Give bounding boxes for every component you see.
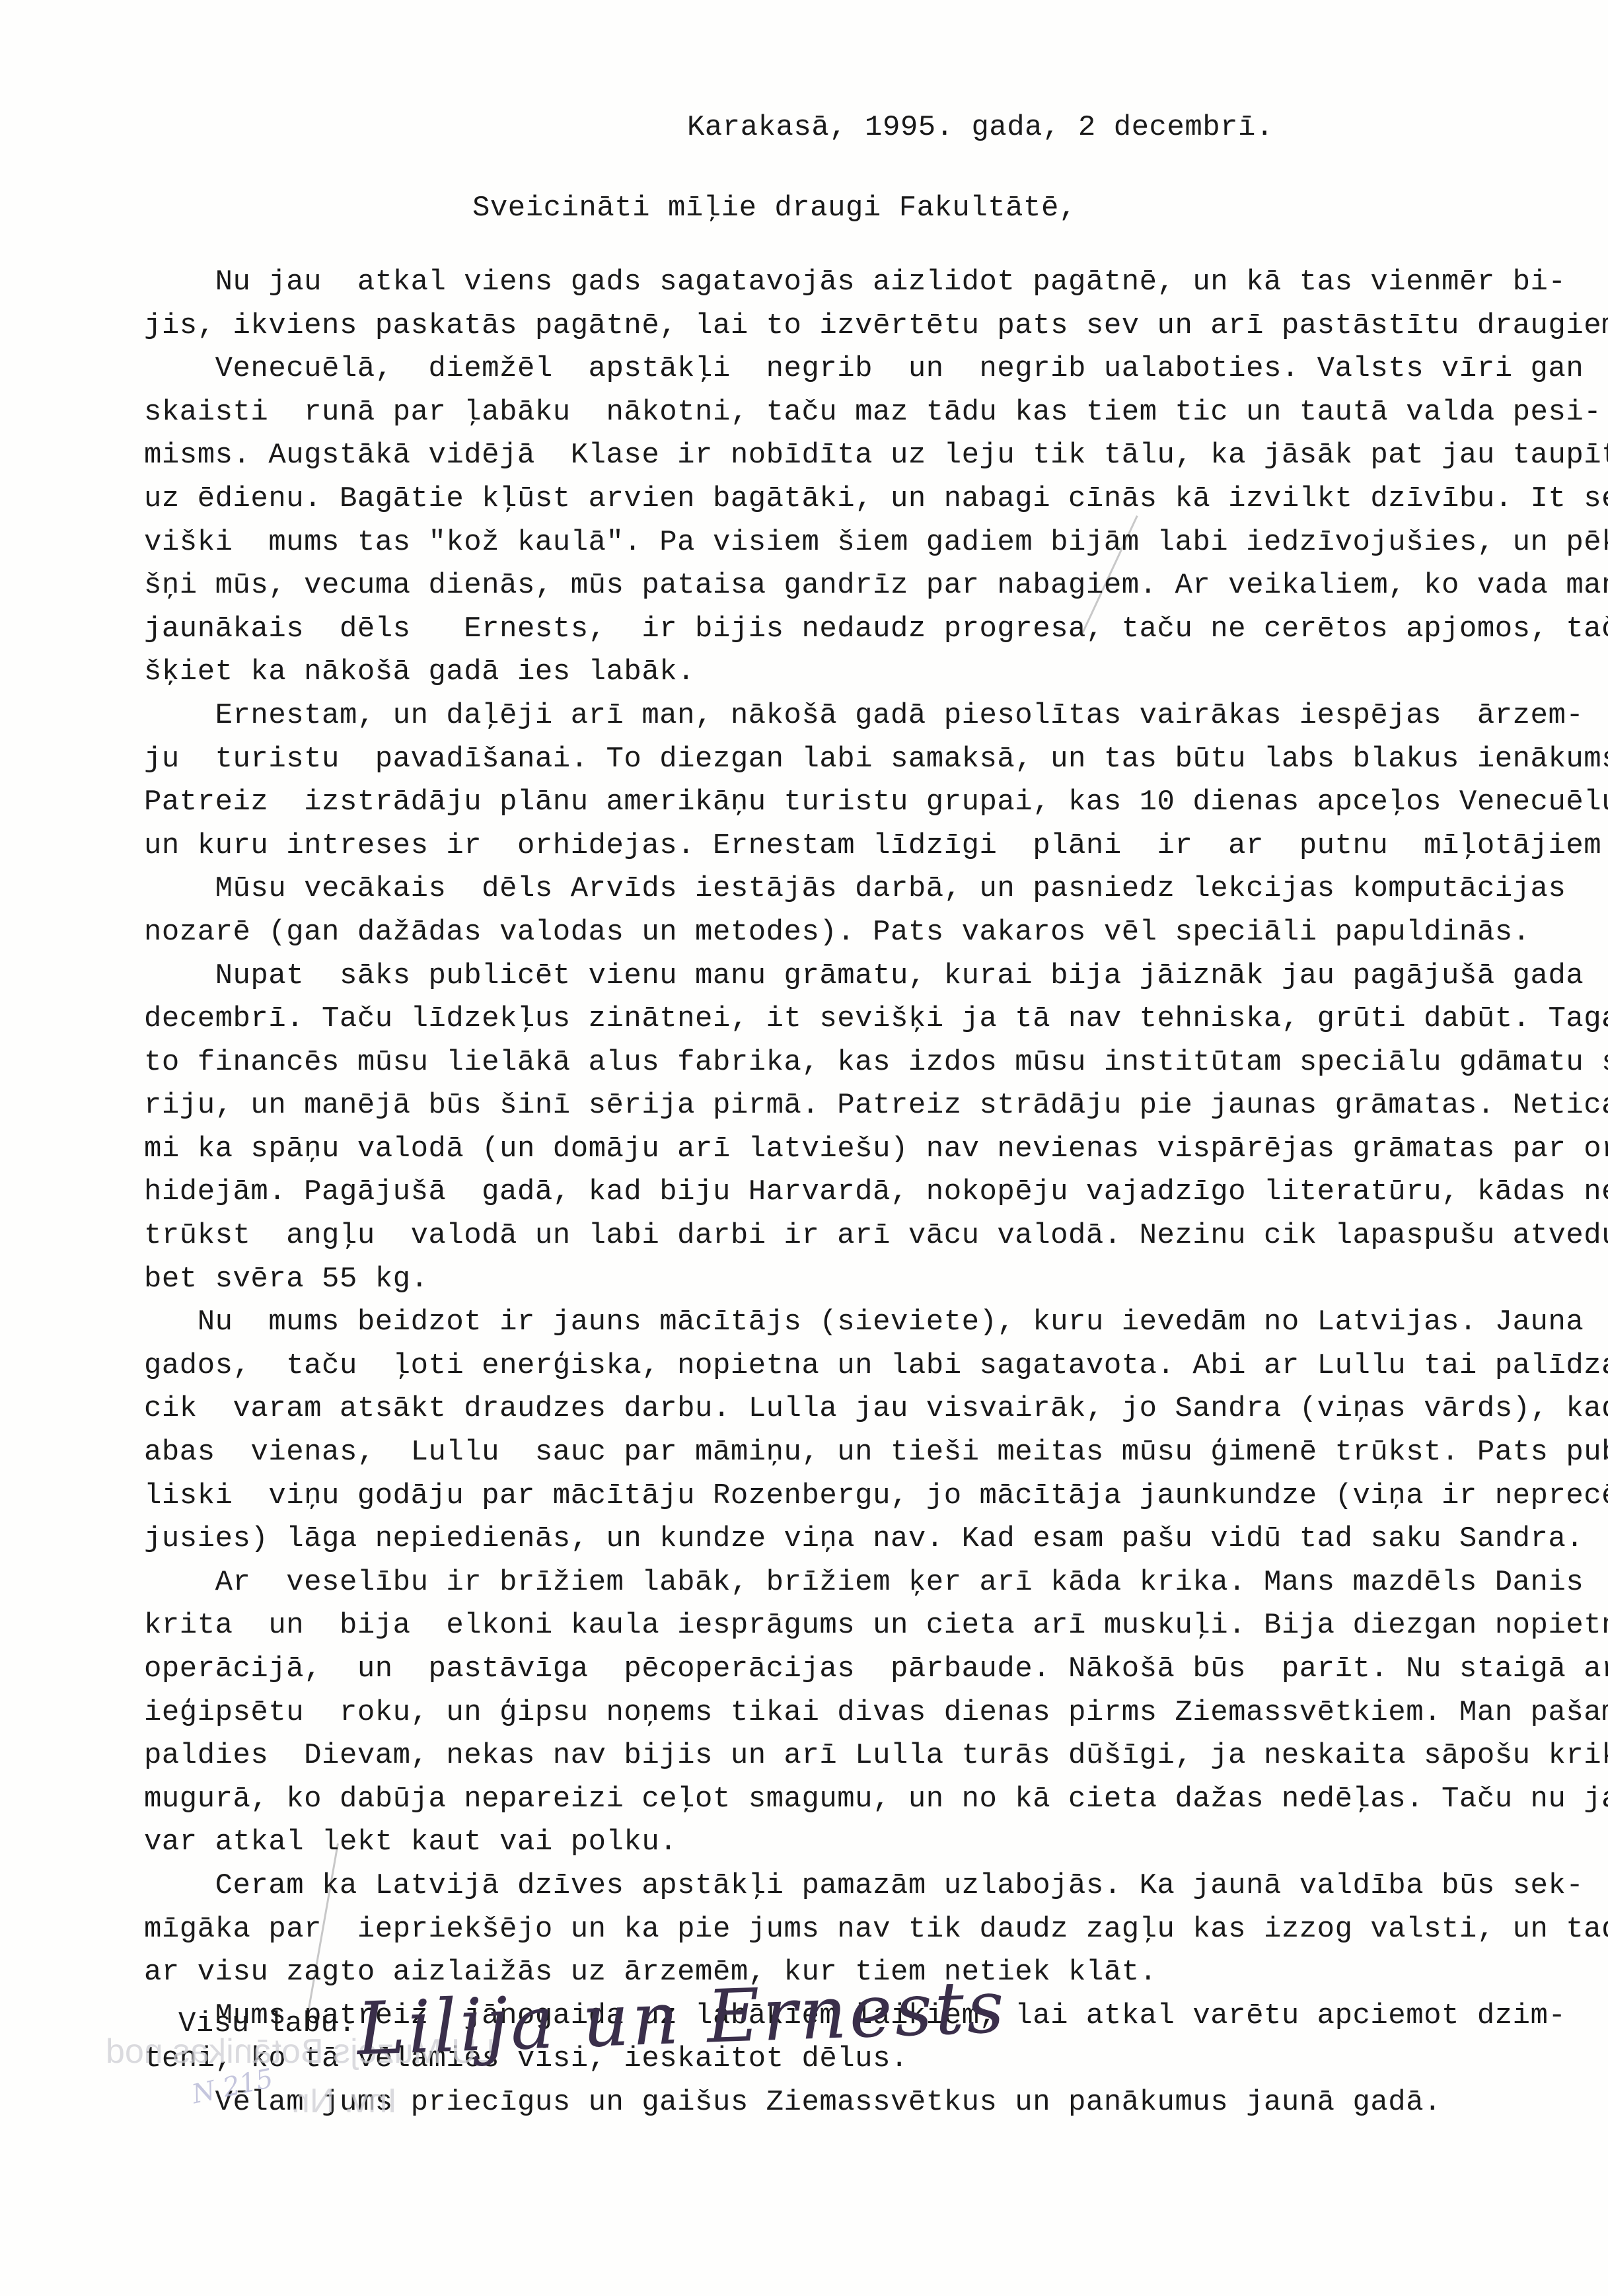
body-line: Venecuēlā, diemžēl apstākļi negrib un ne… — [144, 348, 1492, 391]
body-line: hidejām. Pagājušā gadā, kad biju Harvard… — [144, 1171, 1492, 1214]
body-line: ju turistu pavadīšanai. To diezgan labi … — [144, 738, 1492, 782]
body-line: Ceram ka Latvijā dzīves apstākļi pamazām… — [144, 1865, 1492, 1908]
body-line: misms. Augstākā vidējā Klase ir nobīdīta… — [144, 434, 1492, 478]
body-line: ieģipsētu roku, un ģipsu noņems tikai di… — [144, 1691, 1492, 1735]
body-line: Mūsu vecākais dēls Arvīds iestājās darbā… — [144, 868, 1492, 911]
body-line: jis, ikviens paskatās pagātnē, lai to iz… — [144, 305, 1492, 348]
body-line: krita un bija elkoni kaula iesprāgums un… — [144, 1604, 1492, 1648]
body-line: paldies Dievam, nekas nav bijis un arī L… — [144, 1734, 1492, 1778]
inventory-label: Inv. Nr. — [291, 2081, 397, 2121]
body-line: mīgāka par iepriekšējo un ka pie jums na… — [144, 1908, 1492, 1952]
body-line: nozarē (gan dažādas valodas un metodes).… — [144, 911, 1492, 955]
body-line: skaisti runā par ļabāku nākotni, taču ma… — [144, 391, 1492, 435]
body-line: bet svēra 55 kg. — [144, 1258, 1492, 1302]
body-line: to financēs mūsu lielākā alus fabrika, k… — [144, 1041, 1492, 1085]
body-line: decembrī. Taču līdzekļus zinātnei, it se… — [144, 998, 1492, 1041]
body-line: Ernestam, un daļēji arī man, nākošā gadā… — [144, 694, 1492, 738]
body-line: Ar veselību ir brīžiem labāk, brīžiem ķe… — [144, 1561, 1492, 1605]
body-line: mugurā, ko dabūja nepareizi ceļot smagum… — [144, 1778, 1492, 1822]
body-line: jaunākais dēls Ernests, ir bijis nedaudz… — [144, 608, 1492, 651]
date-line: Karakasā, 1995. gada, 2 decembrī. — [687, 111, 1274, 144]
greeting: Sveicināti mīļie draugi Fakultātē, — [472, 192, 1077, 225]
body-line: jusies) lāga nepiedienās, un kundze viņa… — [144, 1518, 1492, 1561]
closing: Visu labu. — [178, 2007, 356, 2040]
body-line: šņi mūs, vecuma dienās, mūs pataisa gand… — [144, 564, 1492, 608]
body-line: Nu jau atkal viens gads sagatavojās aizl… — [144, 261, 1492, 305]
body-line: trūkst angļu valodā un labi darbi ir arī… — [144, 1214, 1492, 1258]
letter-body: Nu jau atkal viens gads sagatavojās aizl… — [144, 261, 1492, 2125]
body-line: var atkal lekt kaut vai polku. — [144, 1821, 1492, 1865]
body-line: cik varam atsākt draudzes darbu. Lulla j… — [144, 1388, 1492, 1431]
body-line: liski viņu godāju par mācītāju Rozenberg… — [144, 1475, 1492, 1518]
body-line: Nupat sāks publicēt vienu manu grāmatu, … — [144, 955, 1492, 998]
body-line: operācijā, un pastāvīga pēcoperācijas pā… — [144, 1648, 1492, 1691]
body-line: mi ka spāņu valodā (un domāju arī latvie… — [144, 1128, 1492, 1171]
letter-page: Karakasā, 1995. gada, 2 decembrī. Sveici… — [0, 0, 1608, 2296]
body-line: uz ēdienu. Bagātie kļūst arvien bagātāki… — [144, 478, 1492, 521]
body-line: gados, taču ļoti enerģiska, nopietna un … — [144, 1345, 1492, 1388]
body-line: un kuru intreses ir orhidejas. Ernestam … — [144, 825, 1492, 868]
body-line: Patreiz izstrādāju plānu amerikāņu turis… — [144, 781, 1492, 825]
body-line: viški mums tas "kož kaulā". Pa visiem ši… — [144, 521, 1492, 565]
body-line: šķiet ka nākošā gadā ies labāk. — [144, 651, 1492, 694]
body-line: abas vienas, Lullu sauc par māmiņu, un t… — [144, 1431, 1492, 1475]
body-line: riju, un manējā būs šinī sērija pirmā. P… — [144, 1084, 1492, 1128]
body-line: Nu mums beidzot ir jauns mācītājs (sievi… — [144, 1301, 1492, 1345]
